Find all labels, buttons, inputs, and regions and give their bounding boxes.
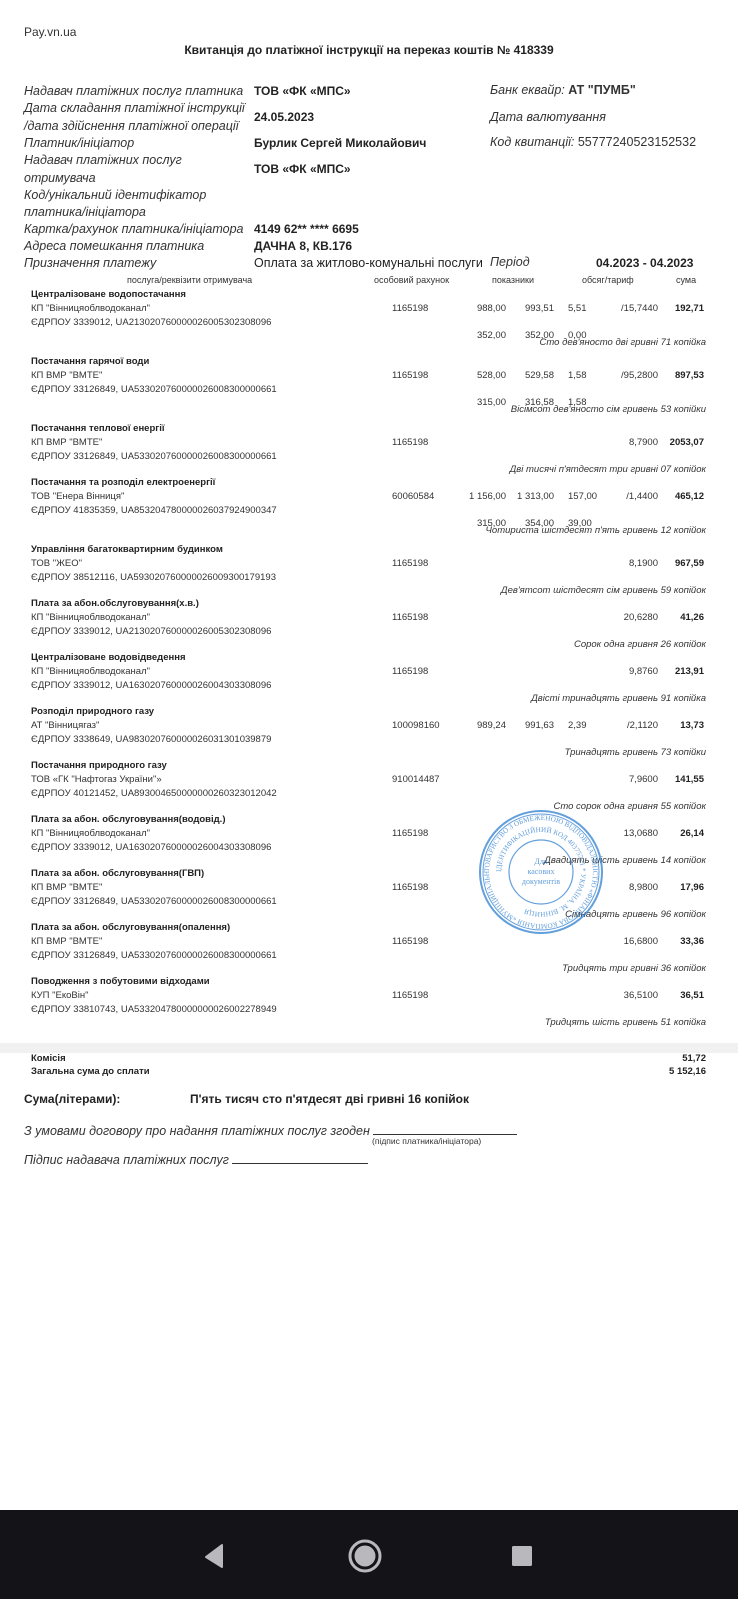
service-name: Управління багатоквартирним будинком <box>31 544 223 555</box>
service-sum: 897,53 <box>662 370 704 381</box>
payer-value: Бурлик Сергей Миколайович <box>254 136 426 150</box>
service-row: Плата за абон. обслуговування(опалення)К… <box>0 922 738 976</box>
date-value: 24.05.2023 <box>254 110 314 124</box>
receipt-code: Код квитанції: 55777240523152532 <box>490 135 696 149</box>
total-label: Загальна сума до сплати <box>31 1066 150 1077</box>
service-requisites: ЄДРПОУ 38512116, UA593020760000026009300… <box>31 572 276 583</box>
commission-value: 51,72 <box>682 1053 706 1064</box>
service-tariff: 20,6280 <box>606 612 658 623</box>
svg-text:Для: Для <box>534 857 547 866</box>
agreement-text: З умовами договору про надання платіжних… <box>24 1124 370 1138</box>
service-account: 1165198 <box>392 990 428 1001</box>
home-icon <box>347 1538 383 1574</box>
receipt-code-value: 55777240523152532 <box>578 135 696 149</box>
service-recipient: АТ "Вінницягаз" <box>31 720 99 731</box>
service-tariff: 16,6800 <box>606 936 658 947</box>
service-row: Поводження з побутовими відходамиКУП "Ек… <box>0 976 738 1030</box>
reading-current: 529,58 <box>510 370 554 381</box>
back-icon <box>202 1543 226 1569</box>
service-row: Централізоване водовідведенняКП "Вінниця… <box>0 652 738 706</box>
service-name: Постачання та розподіл електроенергії <box>31 477 215 488</box>
reading-previous: 989,24 <box>462 720 506 731</box>
amount-words-value: П'ять тисяч сто п'ятдесят дві гривні 16 … <box>190 1092 469 1106</box>
reading-current: 1 313,00 <box>510 491 554 502</box>
service-sum-in-words: Тридцять шість гривень 51 копійка <box>545 1017 706 1028</box>
total-value: 5 152,16 <box>669 1066 706 1077</box>
recipient-provider-label-2: отримувача <box>24 170 96 187</box>
reading-current: 993,51 <box>510 303 554 314</box>
service-name: Централізоване водовідведення <box>31 652 186 663</box>
service-requisites: ЄДРПОУ 33126849, UA533020760000026008300… <box>31 896 277 907</box>
service-tariff: 8,1900 <box>606 558 658 569</box>
address-label: Адреса помешкання платника <box>24 238 204 255</box>
column-account: особовий рахунок <box>374 275 449 285</box>
service-tariff: /1,4400 <box>606 491 658 502</box>
service-sum-in-words: Чотириста шістдесят п'ять гривень 12 коп… <box>486 525 706 536</box>
home-button[interactable] <box>345 1536 385 1576</box>
service-tariff: /15,7440 <box>606 303 658 314</box>
column-service: послуга/реквізити отримувача <box>127 275 252 285</box>
service-recipient: КП ВМР "ВМТЕ" <box>31 936 102 947</box>
reading-previous-2: 352,00 <box>462 330 506 341</box>
recipient-provider-label-1: Надавач платіжних послуг <box>24 152 182 169</box>
service-account: 1165198 <box>392 437 428 448</box>
payer-id-label-2: платника/ініціатора <box>24 204 146 221</box>
service-name: Плата за абон. обслуговування(опалення) <box>31 922 230 933</box>
service-sum-in-words: Двісті тринадцять гривень 91 копійка <box>531 693 706 704</box>
service-sum-in-words: Тринадцять гривень 73 копійки <box>565 747 706 758</box>
column-volume-tariff: обсяг/тариф <box>582 275 634 285</box>
commission-label: Комісія <box>31 1053 66 1064</box>
payer-label: Платник/ініціатор <box>24 135 134 152</box>
service-requisites: ЄДРПОУ 3339012, UA1630207600000260043033… <box>31 842 271 853</box>
date-label-1: Дата складання платіжної інструкції <box>24 100 245 117</box>
acquirer-label: Банк еквайр: <box>490 83 565 97</box>
service-account: 1165198 <box>392 612 428 623</box>
service-tariff: 13,0680 <box>606 828 658 839</box>
service-requisites: ЄДРПОУ 33126849, UA533020760000026008300… <box>31 384 277 395</box>
service-tariff: /95,2800 <box>606 370 658 381</box>
service-requisites: ЄДРПОУ 33810743, UA533204780000000026002… <box>31 1004 277 1015</box>
amount-words-label: Сума(літерами): <box>24 1092 120 1106</box>
company-stamp-icon: ТОВАРИСТВО З ОБМЕЖЕНОЮ ВІДПОВІДАЛЬНІСТЮ … <box>477 808 605 936</box>
payer-id-label-1: Код/унікальний ідентифікатор <box>24 187 206 204</box>
page-title: Квитанція до платіжної інструкції на пер… <box>0 43 738 57</box>
service-sum: 36,51 <box>662 990 704 1001</box>
column-sum: сума <box>676 275 696 285</box>
card-value: 4149 62** **** 6695 <box>254 222 359 236</box>
service-account: 1165198 <box>392 828 428 839</box>
service-account: 1165198 <box>392 370 428 381</box>
svg-text:документів: документів <box>522 877 560 886</box>
service-account: 1165198 <box>392 666 428 677</box>
service-row: Централізоване водопостачанняКП "Вінниця… <box>0 289 738 343</box>
service-sum-in-words: Дві тисячі п'ятдесят три гривні 07 копій… <box>510 464 706 475</box>
service-row: Постачання гарячої водиКП ВМР "ВМТЕ"ЄДРП… <box>0 356 738 410</box>
service-sum-in-words: Тридцять три гривні 36 копійок <box>562 963 706 974</box>
column-readings: показники <box>492 275 534 285</box>
scroll-divider <box>0 1043 738 1053</box>
service-account: 910014487 <box>392 774 440 785</box>
acquirer: Банк еквайр: АТ "ПУМБ" <box>490 83 636 97</box>
service-sum: 213,91 <box>662 666 704 677</box>
service-sum: 33,36 <box>662 936 704 947</box>
service-requisites: ЄДРПОУ 3339012, UA2130207600000260053023… <box>31 626 271 637</box>
provider-signature-blank <box>232 1151 368 1164</box>
service-sum: 192,71 <box>662 303 704 314</box>
service-requisites: ЄДРПОУ 40121452, UA893004650000000260323… <box>31 788 277 799</box>
signature-hint: (підпис платника/ініціатора) <box>372 1136 481 1146</box>
period-label: Період <box>490 255 530 269</box>
reading-previous: 1 156,00 <box>462 491 506 502</box>
service-name: Постачання теплової енергії <box>31 423 165 434</box>
service-recipient: КП "Вінницяоблводоканал" <box>31 828 150 839</box>
svg-text:касових: касових <box>528 867 555 876</box>
service-recipient: КП "Вінницяоблводоканал" <box>31 612 150 623</box>
service-recipient: ТОВ «ГК "Нафтогаз України"» <box>31 774 162 785</box>
service-recipient: КУП "ЕкоВін" <box>31 990 88 1001</box>
provider-signature-text: Підпис надавача платіжних послуг <box>24 1153 229 1167</box>
reading-previous: 988,00 <box>462 303 506 314</box>
reading-previous: 528,00 <box>462 370 506 381</box>
service-sum: 967,59 <box>662 558 704 569</box>
reading-volume: 2,39 <box>568 720 587 731</box>
service-name: Постачання гарячої води <box>31 356 149 367</box>
site-name: Pay.vn.ua <box>24 25 76 39</box>
payer-provider-value: ТОВ «ФК «МПС» <box>254 84 351 98</box>
service-sum-in-words: Дев'ятсот шістдесят сім гривень 59 копій… <box>501 585 706 596</box>
service-sum-in-words: Сто дев'яносто дві гривні 71 копійка <box>540 337 706 348</box>
service-name: Постачання природного газу <box>31 760 167 771</box>
service-name: Плата за абон. обслуговування(водовід.) <box>31 814 225 825</box>
service-recipient: КП ВМР "ВМТЕ" <box>31 882 102 893</box>
reading-previous-2: 315,00 <box>462 397 506 408</box>
service-tariff: 7,9600 <box>606 774 658 785</box>
service-sum: 2053,07 <box>662 437 704 448</box>
service-sum: 26,14 <box>662 828 704 839</box>
service-row: Розподіл природного газуАТ "Вінницягаз"Є… <box>0 706 738 760</box>
service-account: 1165198 <box>392 882 428 893</box>
service-account: 100098160 <box>392 720 440 731</box>
service-row: Постачання теплової енергіїКП ВМР "ВМТЕ"… <box>0 423 738 477</box>
service-row: Плата за абон. обслуговування(водовід.)К… <box>0 814 738 868</box>
card-label: Картка/рахунок платника/ініціатора <box>24 221 244 238</box>
reading-volume: 157,00 <box>568 491 597 502</box>
service-row: Плата за абон. обслуговування(ГВП)КП ВМР… <box>0 868 738 922</box>
service-tariff: 36,5100 <box>606 990 658 1001</box>
payer-provider-label: Надавач платіжних послуг платника <box>24 83 243 100</box>
acquirer-value: АТ "ПУМБ" <box>568 83 636 97</box>
service-row: Постачання та розподіл електроенергіїТОВ… <box>0 477 738 531</box>
service-sum: 17,96 <box>662 882 704 893</box>
service-recipient: КП ВМР "ВМТЕ" <box>31 370 102 381</box>
service-name: Плата за абон.обслуговування(х.в.) <box>31 598 199 609</box>
recents-icon <box>510 1544 534 1568</box>
date-label-2: /дата здійснення платіжної операції <box>24 118 238 135</box>
purpose-value: Оплата за житлово-комунальні послуги <box>254 256 483 270</box>
recipient-provider-value: ТОВ «ФК «МПС» <box>254 162 351 176</box>
service-sum: 141,55 <box>662 774 704 785</box>
service-sum: 41,26 <box>662 612 704 623</box>
period-value: 04.2023 - 04.2023 <box>596 256 693 270</box>
service-sum-in-words: Сорок одна гривня 26 копійок <box>574 639 706 650</box>
service-requisites: ЄДРПОУ 3339012, UA1630207600000260043033… <box>31 680 271 691</box>
service-requisites: ЄДРПОУ 41835359, UA853204780000026037924… <box>31 505 277 516</box>
service-tariff: 8,9800 <box>606 882 658 893</box>
service-recipient: ТОВ "ЖЕО" <box>31 558 82 569</box>
provider-signature-line: Підпис надавача платіжних послуг <box>24 1151 368 1167</box>
value-date-label: Дата валютування <box>490 110 606 124</box>
payer-signature-line <box>373 1122 517 1135</box>
service-name: Розподіл природного газу <box>31 706 154 717</box>
service-recipient: КП "Вінницяоблводоканал" <box>31 666 150 677</box>
service-sum: 13,73 <box>662 720 704 731</box>
service-tariff: /2,1120 <box>606 720 658 731</box>
service-row: Плата за абон.обслуговування(х.в.)КП "Ві… <box>0 598 738 652</box>
service-sum: 465,12 <box>662 491 704 502</box>
service-sum-in-words: Вісімсот дев'яносто сім гривень 53 копій… <box>511 404 706 415</box>
service-requisites: ЄДРПОУ 3339012, UA2130207600000260053023… <box>31 317 271 328</box>
service-recipient: ТОВ "Енера Вінниця" <box>31 491 124 502</box>
receipt-code-label: Код квитанції: <box>490 135 574 149</box>
android-navigation-bar <box>0 1510 738 1599</box>
service-requisites: ЄДРПОУ 33126849, UA533020760000026008300… <box>31 950 277 961</box>
back-button[interactable] <box>194 1536 234 1576</box>
service-tariff: 8,7900 <box>606 437 658 448</box>
service-row: Постачання природного газуТОВ «ГК "Нафто… <box>0 760 738 814</box>
service-name: Поводження з побутовими відходами <box>31 976 210 987</box>
service-account: 1165198 <box>392 303 428 314</box>
service-account: 1165198 <box>392 558 428 569</box>
service-name: Плата за абон. обслуговування(ГВП) <box>31 868 204 879</box>
service-requisites: ЄДРПОУ 3338649, UA9830207600000260313010… <box>31 734 271 745</box>
service-account: 1165198 <box>392 936 428 947</box>
service-tariff: 9,8760 <box>606 666 658 677</box>
service-recipient: КП ВМР "ВМТЕ" <box>31 437 102 448</box>
service-requisites: ЄДРПОУ 33126849, UA533020760000026008300… <box>31 451 277 462</box>
recents-button[interactable] <box>502 1536 542 1576</box>
service-account: 60060584 <box>392 491 434 502</box>
service-recipient: КП "Вінницяоблводоканал" <box>31 303 150 314</box>
reading-current: 991,63 <box>510 720 554 731</box>
service-name: Централізоване водопостачання <box>31 289 186 300</box>
reading-volume: 5,51 <box>568 303 587 314</box>
address-value: ДАЧНА 8, КВ.176 <box>254 239 352 253</box>
reading-volume: 1,58 <box>568 370 587 381</box>
purpose-label: Призначення платежу <box>24 255 156 272</box>
service-row: Управління багатоквартирним будинкомТОВ … <box>0 544 738 598</box>
